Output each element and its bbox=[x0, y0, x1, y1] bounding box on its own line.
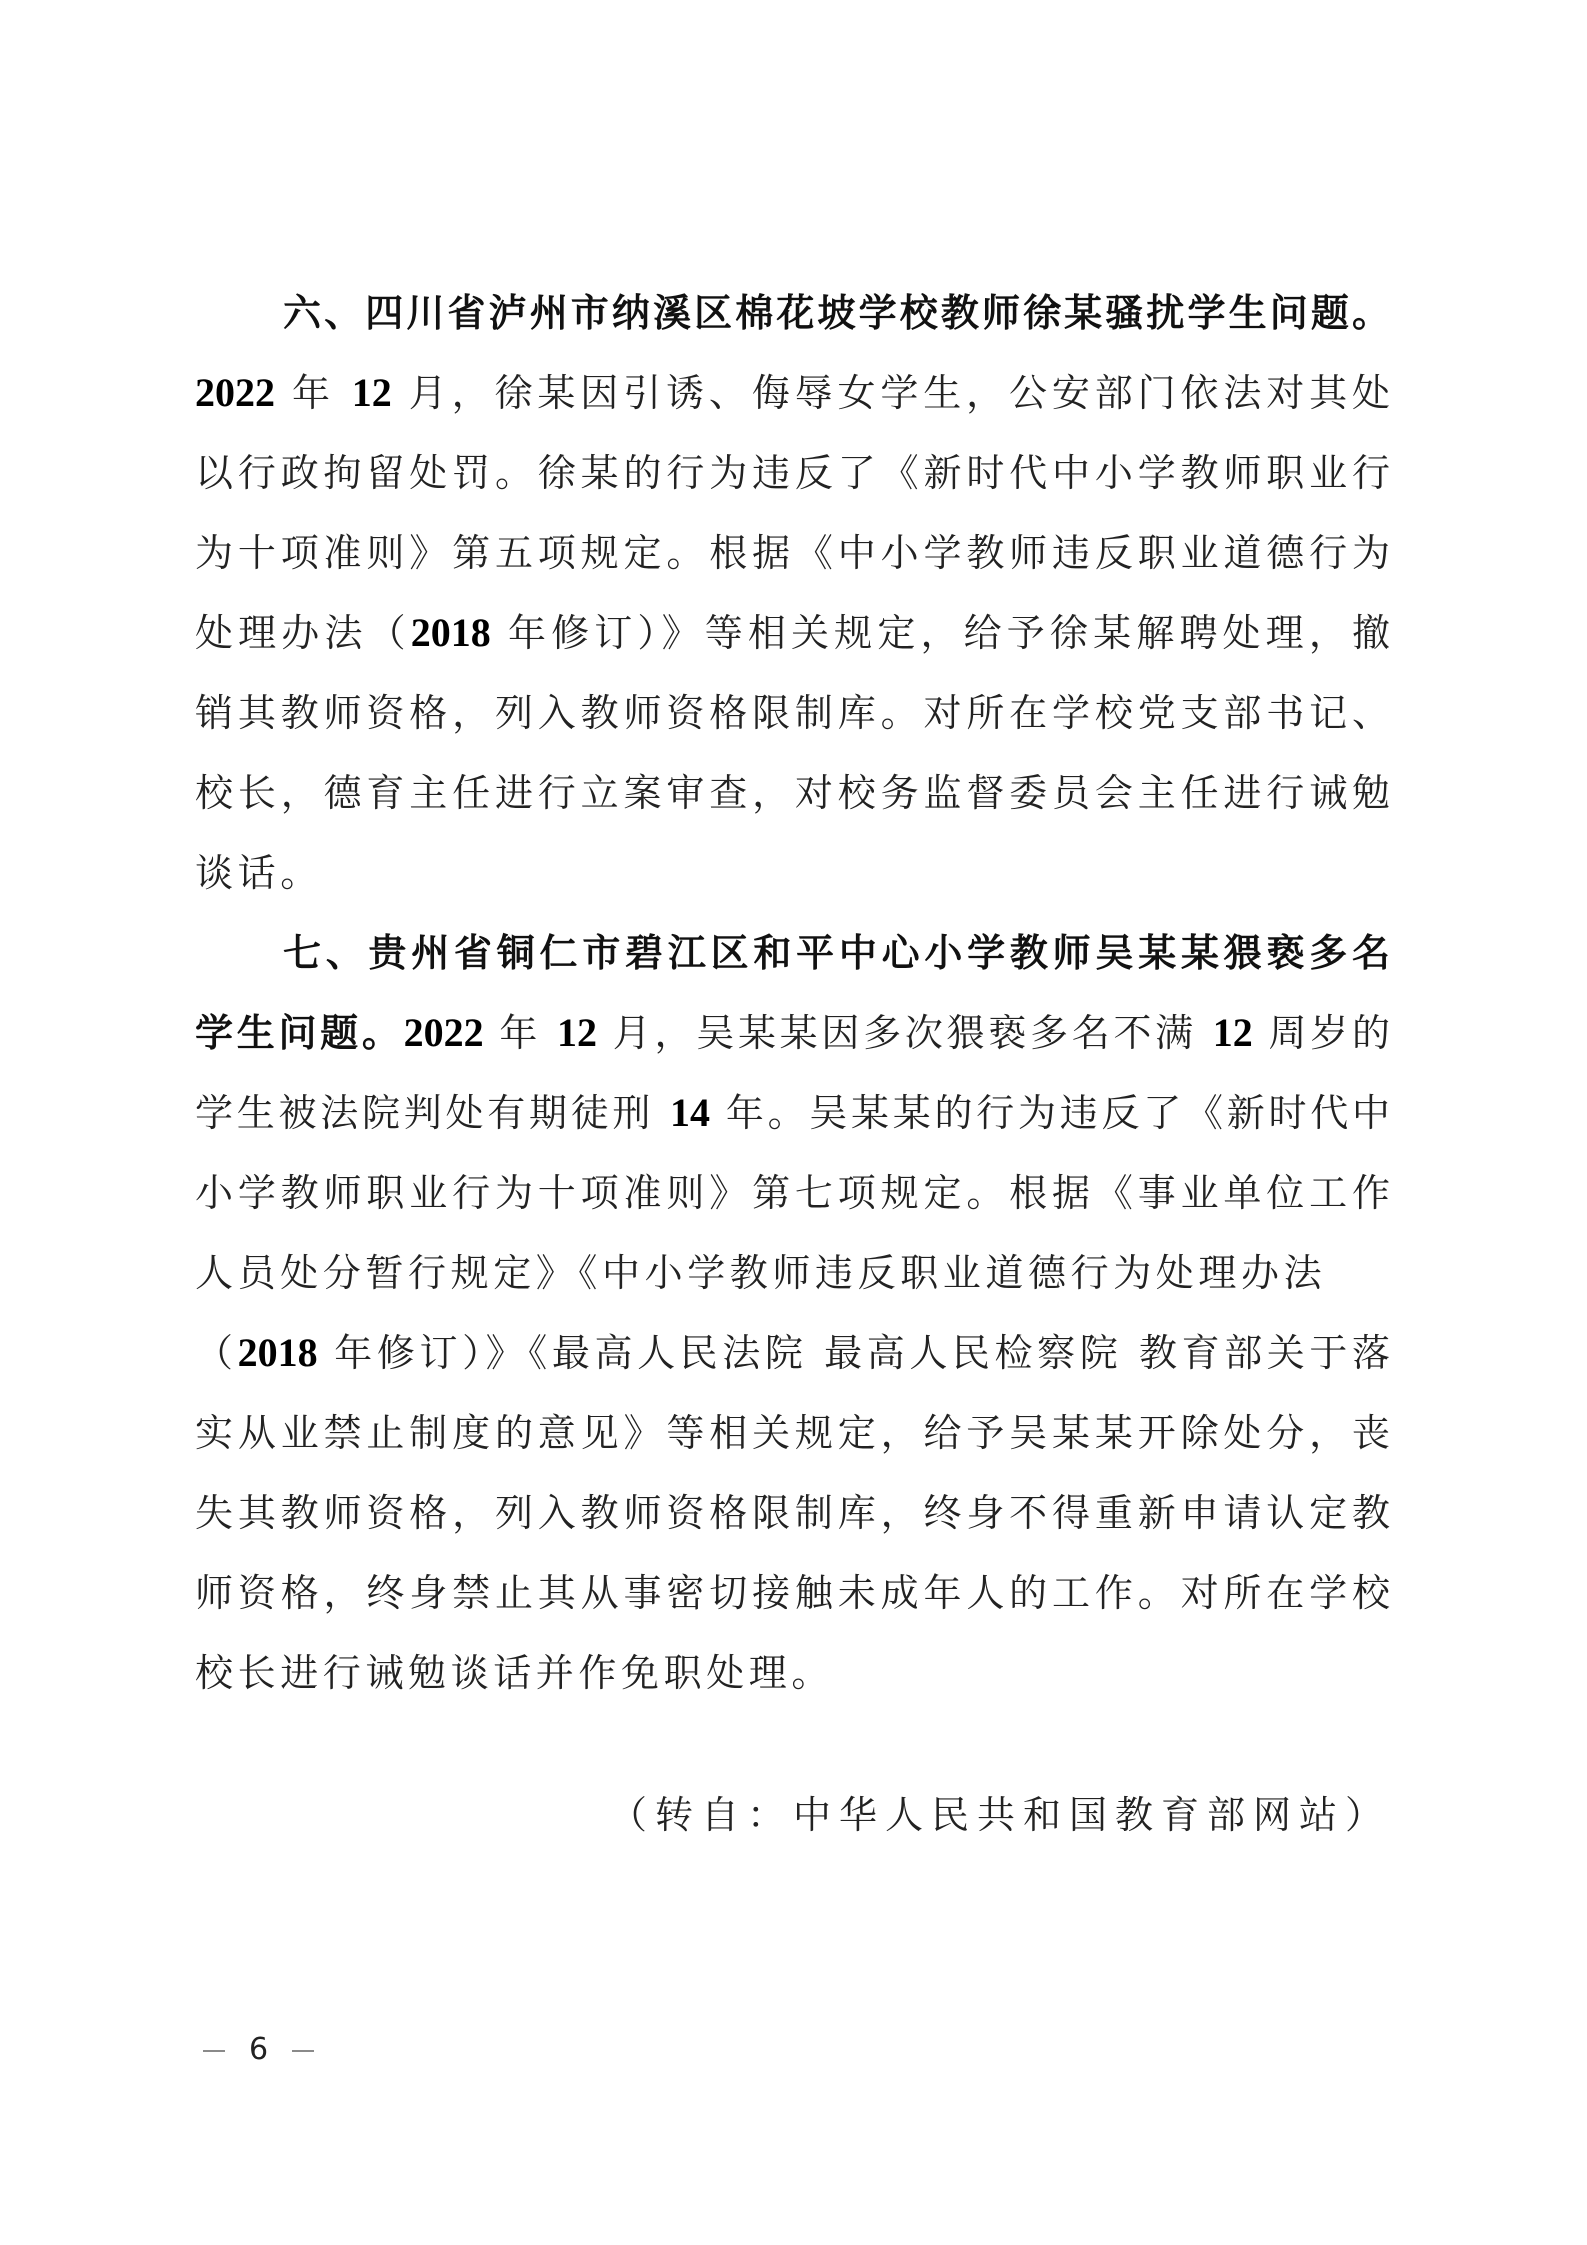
text-line: 为十项准则》第五项规定。根据《中小学教师违反职业道德行为 bbox=[195, 513, 1390, 593]
text-line: 处理办法（2018 年修订）》等相关规定，给予徐某解聘处理，撤 bbox=[195, 593, 1390, 673]
text-line: 人员处分暂行规定》《中小学教师违反职业道德行为处理办法 bbox=[195, 1233, 1390, 1313]
body-text: 月，吴某某因多次猥亵多名不满 bbox=[597, 1011, 1213, 1055]
body-text: 年修订）》《最高人民法院 最高人民检察院 教育部关于落 bbox=[318, 1331, 1390, 1375]
text-line: 实从业禁止制度的意见》等相关规定，给予吴某某开除处分，丧 bbox=[195, 1393, 1390, 1473]
text-line: 学生被法院判处有期徒刑 14 年。吴某某的行为违反了《新时代中 bbox=[195, 1073, 1390, 1153]
page-number: 6 bbox=[195, 2025, 322, 2075]
right-dash-icon bbox=[292, 2050, 314, 2052]
number-text: 12 bbox=[352, 370, 392, 415]
body-text: 学生被法院判处有期徒刑 bbox=[195, 1091, 670, 1135]
body-text: 人员处分暂行规定》《中小学教师违反职业道德行为处理办法 bbox=[195, 1251, 1326, 1295]
text-line: 师资格，终身禁止其从事密切接触未成年人的工作。对所在学校 bbox=[195, 1553, 1390, 1633]
text-line: 以行政拘留处罚。徐某的行为违反了《新时代中小学教师职业行 bbox=[195, 433, 1390, 513]
text-line: 2022 年 12 月，徐某因引诱、侮辱女学生，公安部门依法对其处 bbox=[195, 353, 1390, 433]
body-text: 以行政拘留处罚。徐某的行为违反了《新时代中小学教师职业行 bbox=[195, 451, 1390, 495]
body-text: 谈话。 bbox=[195, 851, 323, 895]
body-text: 小学教师职业行为十项准则》第七项规定。根据《事业单位工作 bbox=[195, 1171, 1390, 1215]
body-text: 师资格，终身禁止其从事密切接触未成年人的工作。对所在学校 bbox=[195, 1571, 1390, 1615]
text-line: 小学教师职业行为十项准则》第七项规定。根据《事业单位工作 bbox=[195, 1153, 1390, 1233]
body-text: 为十项准则》第五项规定。根据《中小学教师违反职业道德行为 bbox=[195, 531, 1390, 575]
body-text: 处理办法（ bbox=[195, 611, 411, 655]
page-number-value: 6 bbox=[249, 2025, 268, 2075]
text-line: 七、贵州省铜仁市碧江区和平中心小学教师吴某某猥亵多名 bbox=[283, 913, 1390, 993]
section-heading-text: 七、贵州省铜仁市碧江区和平中心小学教师吴某某猥亵多名 bbox=[283, 931, 1390, 975]
number-text: 12 bbox=[1213, 1010, 1253, 1055]
body-text: 校长进行诫勉谈话并作免职处理。 bbox=[195, 1651, 834, 1695]
section-heading-text: 六、四川省泸州市纳溪区棉花坡学校教师徐某骚扰学生问题。 bbox=[283, 291, 1390, 335]
body-text: 实从业禁止制度的意见》等相关规定，给予吴某某开除处分，丧 bbox=[195, 1411, 1390, 1455]
left-dash-icon bbox=[203, 2050, 225, 2052]
body-text: 销其教师资格，列入教师资格限制库。对所在学校党支部书记、 bbox=[195, 691, 1390, 735]
text-line: 学生问题。2022 年 12 月，吴某某因多次猥亵多名不满 12 周岁的 bbox=[195, 993, 1390, 1073]
number-text: 14 bbox=[670, 1090, 710, 1135]
text-line: 六、四川省泸州市纳溪区棉花坡学校教师徐某骚扰学生问题。 bbox=[283, 273, 1390, 353]
source-citation: （转自：中华人民共和国教育部网站） bbox=[609, 1775, 1391, 1855]
body-text: 年 bbox=[275, 371, 352, 415]
text-line: 销其教师资格，列入教师资格限制库。对所在学校党支部书记、 bbox=[195, 673, 1390, 753]
body-text: 年 bbox=[484, 1011, 557, 1055]
number-text: 12 bbox=[557, 1010, 597, 1055]
body-text: 月，徐某因引诱、侮辱女学生，公安部门依法对其处 bbox=[392, 371, 1390, 415]
text-line: 校长进行诫勉谈话并作免职处理。 bbox=[195, 1633, 1390, 1713]
text-line: 谈话。 bbox=[195, 833, 1390, 913]
number-text: 2022 bbox=[404, 1010, 484, 1055]
text-line: 校长，德育主任进行立案审查，对校务监督委员会主任进行诫勉 bbox=[195, 753, 1390, 833]
section-heading-text: 学生问题。 bbox=[195, 1011, 404, 1055]
body-text: 周岁的 bbox=[1253, 1011, 1390, 1055]
text-line: 失其教师资格，列入教师资格限制库，终身不得重新申请认定教 bbox=[195, 1473, 1390, 1553]
body-text: 年。吴某某的行为违反了《新时代中 bbox=[710, 1091, 1390, 1135]
number-text: 2018 bbox=[411, 610, 491, 655]
number-text: 2018 bbox=[238, 1330, 318, 1375]
body-text: （ bbox=[195, 1331, 238, 1375]
text-line: （2018 年修订）》《最高人民法院 最高人民检察院 教育部关于落 bbox=[195, 1313, 1390, 1393]
document-page: 六、四川省泸州市纳溪区棉花坡学校教师徐某骚扰学生问题。2022 年 12 月，徐… bbox=[0, 0, 1587, 2245]
body-text: 年修订）》等相关规定，给予徐某解聘处理，撤 bbox=[491, 611, 1390, 655]
number-text: 2022 bbox=[195, 370, 275, 415]
body-text: 校长，德育主任进行立案审查，对校务监督委员会主任进行诫勉 bbox=[195, 771, 1390, 815]
body-text: 失其教师资格，列入教师资格限制库，终身不得重新申请认定教 bbox=[195, 1491, 1390, 1535]
